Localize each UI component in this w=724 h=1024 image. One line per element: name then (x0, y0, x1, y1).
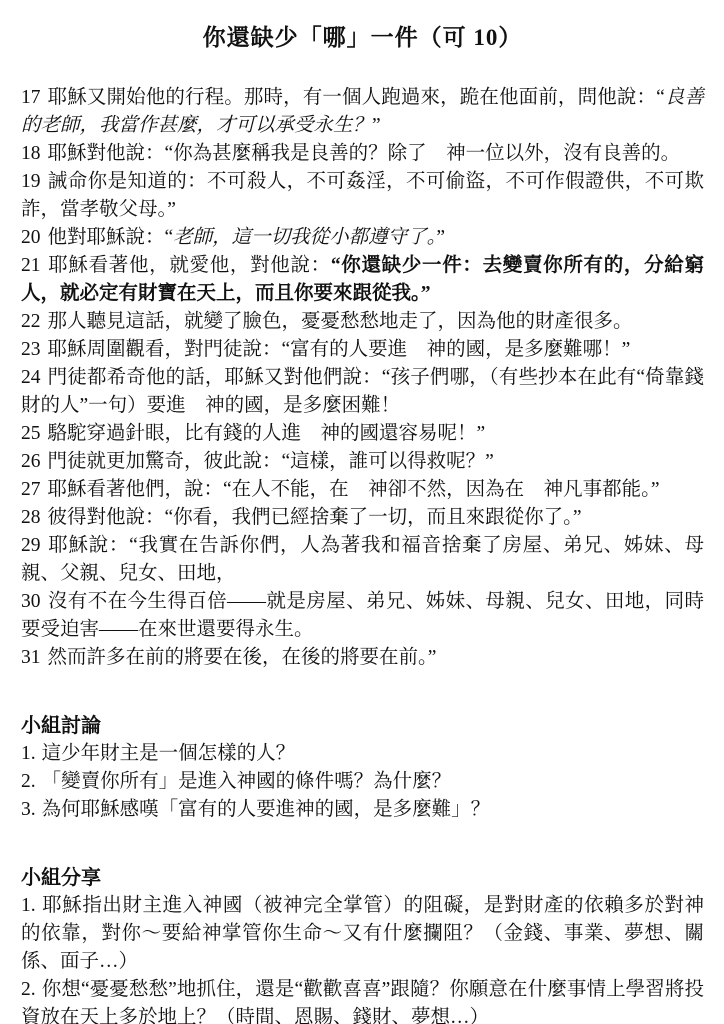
verse-paragraph: 27耶穌看著他們，說：“在人不能，在 神卻不然，因為在 神凡事都能。” (21, 476, 704, 504)
verse-number: 23 (21, 339, 41, 360)
sharing-heading: 小組分享 (21, 864, 704, 892)
verse-number: 17 (21, 87, 41, 108)
verse-number: 20 (21, 227, 41, 248)
verse-paragraph: 31然而許多在前的將要在後，在後的將要在前。” (21, 644, 704, 672)
verse-paragraph: 29耶穌說：“我實在告訴你們，人為著我和福音捨棄了房屋、弟兄、姊妹、母親、父親、… (21, 532, 704, 588)
item-text: 你想“憂憂愁愁”地抓住，還是“歡歡喜喜”跟隨？你願意在什麼事情上學習將投資放在天… (21, 979, 704, 1024)
verse-number: 21 (21, 255, 41, 276)
verse-number: 31 (21, 647, 41, 668)
verse-text-run: 耶穌說：“我實在告訴你們，人為著我和福音捨棄了房屋、弟兄、姊妹、母親、父親、兒女… (21, 535, 704, 584)
verse-paragraph: 20他對耶穌說：“老師，這一切我從小都遵守了。” (21, 224, 704, 252)
item-number: 1. (21, 743, 36, 764)
verse-text-run: 沒有不在今生得百倍——就是房屋、弟兄、姊妹、母親、兒女、田地，同時要受迫害——在… (21, 591, 704, 640)
verse-text-run: 誡命你是知道的：不可殺人，不可姦淫，不可偷盜，不可作假證供，不可欺詐，當孝敬父母… (21, 171, 704, 220)
verse-text-run: 駱駝穿過針眼，比有錢的人進 神的國還容易呢！” (48, 423, 486, 444)
page-title: 你還缺少「哪」一件（可 10） (21, 22, 704, 54)
verse-number: 26 (21, 451, 41, 472)
verse-text-run: ” (436, 227, 445, 248)
verse-text-run: 他對耶穌說：“ (48, 227, 174, 248)
item-text: 「變賣你所有」是進入神國的條件嗎？為什麼？ (42, 771, 452, 792)
verse-text-run: ” (372, 115, 381, 136)
verse-text-run: 那人聽見這話，就變了臉色，憂憂愁愁地走了，因為他的財產很多。 (48, 311, 633, 332)
item-number: 3. (21, 799, 36, 820)
item-text: 為何耶穌感嘆「富有的人要進神的國，是多麼難」？ (42, 799, 491, 820)
verse-text-run: 耶穌看著他，就愛他，對他說： (48, 255, 331, 276)
verse-paragraph: 26門徒就更加驚奇，彼此說：“這樣，誰可以得救呢？” (21, 448, 704, 476)
verse-number: 22 (21, 311, 41, 332)
item-number: 2. (21, 771, 36, 792)
item-number: 2. (21, 979, 36, 1000)
discussion-item: 3.為何耶穌感嘆「富有的人要進神的國，是多麼難」？ (21, 796, 704, 824)
verse-paragraph: 22那人聽見這話，就變了臉色，憂憂愁愁地走了，因為他的財產很多。 (21, 308, 704, 336)
verse-paragraph: 23耶穌周圍觀看，對門徒說：“富有的人要進 神的國，是多麼難哪！” (21, 336, 704, 364)
verse-paragraph: 25駱駝穿過針眼，比有錢的人進 神的國還容易呢！” (21, 420, 704, 448)
verse-number: 29 (21, 535, 41, 556)
item-number: 1. (21, 895, 36, 916)
verse-text-run: 彼得對他說：“你看，我們已經捨棄了一切，而且來跟從你了。” (48, 507, 582, 528)
discussion-heading: 小組討論 (21, 712, 704, 740)
discussion-item: 2.「變賣你所有」是進入神國的條件嗎？為什麼？ (21, 768, 704, 796)
document-page: 你還缺少「哪」一件（可 10） 17耶穌又開始他的行程。那時，有一個人跑過來，跪… (0, 0, 724, 1024)
verse-number: 25 (21, 423, 41, 444)
verse-text-run: 門徒都希奇他的話，耶穌又對他們說：“孩子們哪，（有些抄本在此有“倚靠錢財的人”一… (21, 367, 704, 416)
sharing-item: 2.你想“憂憂愁愁”地抓住，還是“歡歡喜喜”跟隨？你願意在什麼事情上學習將投資放… (21, 976, 704, 1024)
discussion-list: 1.這少年財主是一個怎樣的人？2.「變賣你所有」是進入神國的條件嗎？為什麼？3.… (21, 740, 704, 824)
verse-text-run: 耶穌看著他們，說：“在人不能，在 神卻不然，因為在 神凡事都能。” (48, 479, 660, 500)
sharing-list: 1.耶穌指出財主進入神國（被神完全掌管）的阻礙，是對財產的依賴多於對神的依靠，對… (21, 892, 704, 1024)
verse-text-run: 老師，這一切我從小都遵守了。 (173, 227, 436, 248)
verse-paragraph: 24門徒都希奇他的話，耶穌又對他們說：“孩子們哪，（有些抄本在此有“倚靠錢財的人… (21, 364, 704, 420)
verse-paragraph: 18耶穌對他說：“你為甚麼稱我是良善的？除了 神一位以外，沒有良善的。 (21, 140, 704, 168)
verse-text-run: 然而許多在前的將要在後，在後的將要在前。” (48, 647, 437, 668)
verse-paragraph: 30沒有不在今生得百倍——就是房屋、弟兄、姊妹、母親、兒女、田地，同時要受迫害—… (21, 588, 704, 644)
item-text: 這少年財主是一個怎樣的人？ (42, 743, 296, 764)
verse-paragraph: 19誡命你是知道的：不可殺人，不可姦淫，不可偷盜，不可作假證供，不可欺詐，當孝敬… (21, 168, 704, 224)
verse-text-run: 耶穌又開始他的行程。那時，有一個人跑過來，跪在他面前，問他說：“ (48, 87, 665, 108)
verse-number: 30 (21, 591, 41, 612)
verse-number: 18 (21, 143, 41, 164)
verse-text-run: 耶穌周圍觀看，對門徒說：“富有的人要進 神的國，是多麼難哪！” (48, 339, 631, 360)
verse-number: 19 (21, 171, 41, 192)
verse-list: 17耶穌又開始他的行程。那時，有一個人跑過來，跪在他面前，問他說：“良善的老師，… (21, 84, 704, 672)
discussion-item: 1.這少年財主是一個怎樣的人？ (21, 740, 704, 768)
verse-paragraph: 21耶穌看著他，就愛他，對他說：“你還缺少一件：去變賣你所有的，分給窮人，就必定… (21, 252, 704, 308)
verse-number: 28 (21, 507, 41, 528)
verse-text-run: 門徒就更加驚奇，彼此說：“這樣，誰可以得救呢？” (48, 451, 494, 472)
verse-text-run: 耶穌對他說：“你為甚麼稱我是良善的？除了 神一位以外，沒有良善的。 (48, 143, 681, 164)
sharing-item: 1.耶穌指出財主進入神國（被神完全掌管）的阻礙，是對財產的依賴多於對神的依靠，對… (21, 892, 704, 976)
item-text: 耶穌指出財主進入神國（被神完全掌管）的阻礙，是對財產的依賴多於對神的依靠，對你～… (21, 895, 704, 972)
verse-number: 27 (21, 479, 41, 500)
verse-number: 24 (21, 367, 41, 388)
verse-paragraph: 17耶穌又開始他的行程。那時，有一個人跑過來，跪在他面前，問他說：“良善的老師，… (21, 84, 704, 140)
verse-paragraph: 28彼得對他說：“你看，我們已經捨棄了一切，而且來跟從你了。” (21, 504, 704, 532)
